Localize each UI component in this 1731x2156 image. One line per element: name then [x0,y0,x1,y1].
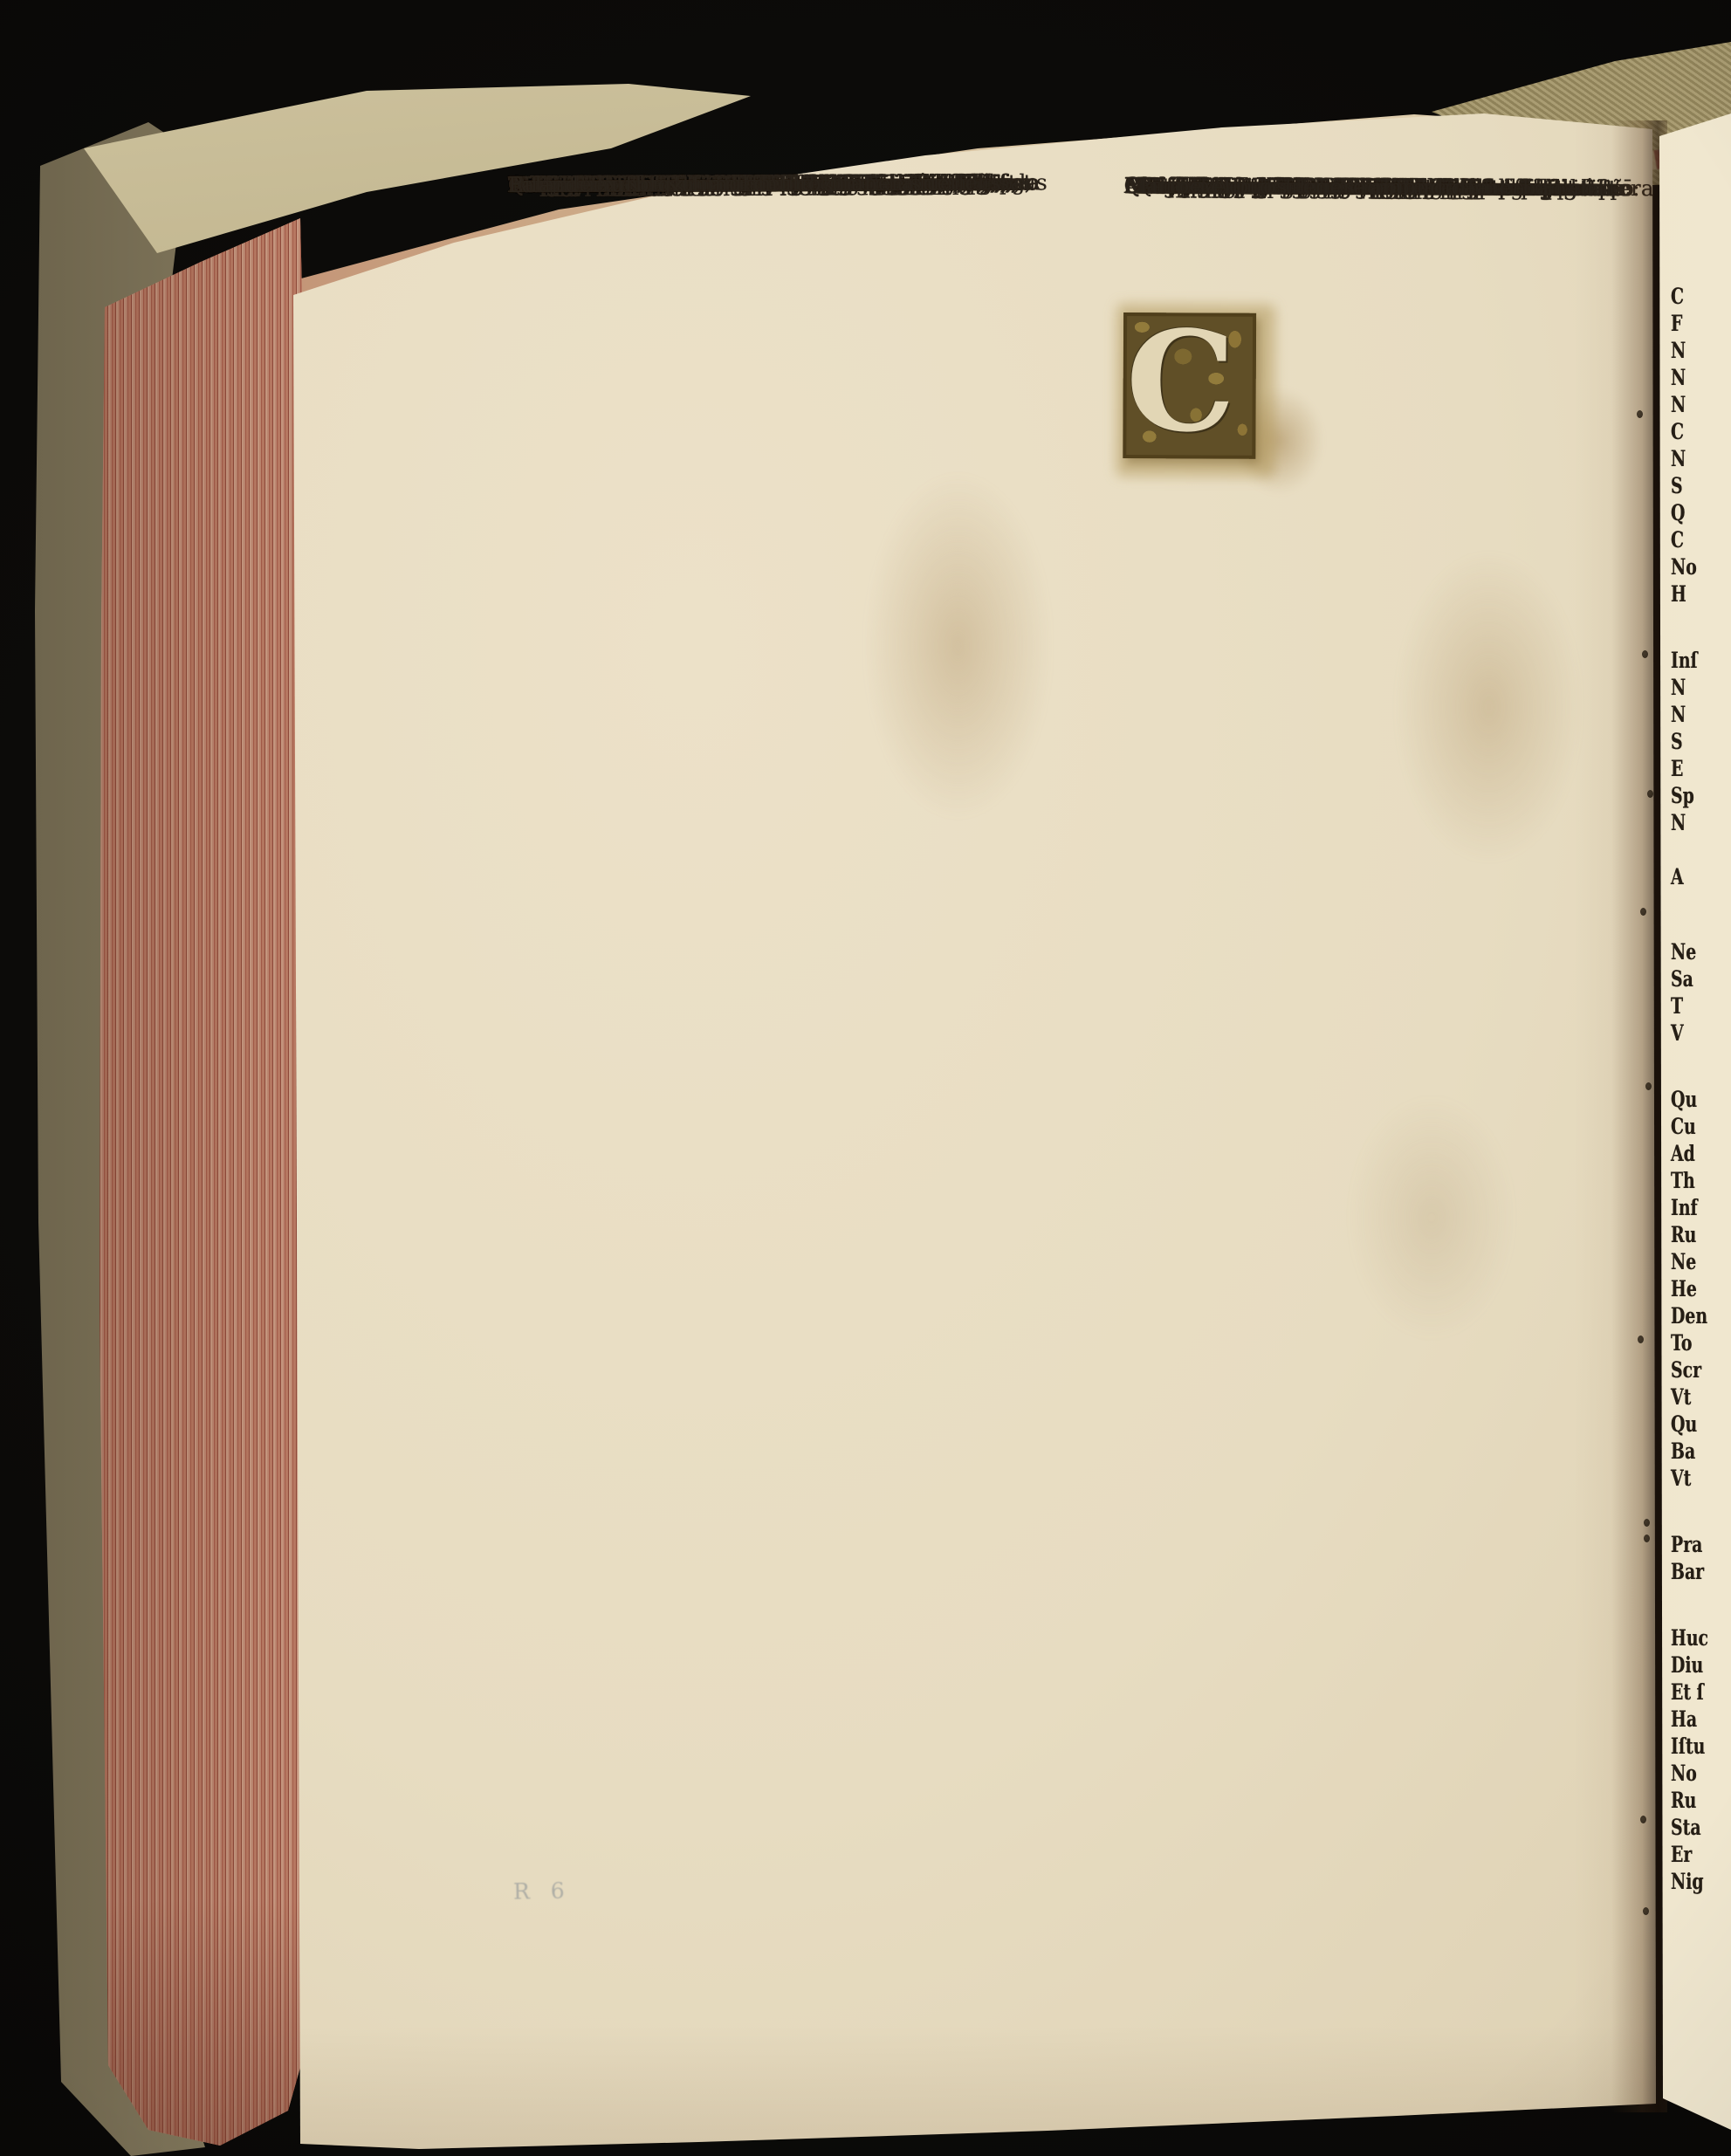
partial-text-line: F [1671,311,1682,337]
illuminated-initial-C: C [1123,312,1256,459]
gutter-shadow [1611,120,1667,2112]
partial-text-line: Th [1671,1168,1695,1194]
partial-text-line: Ne [1671,939,1696,965]
partial-text-line: Er [1671,1842,1692,1868]
partial-text-line: S [1671,473,1683,499]
partial-text-line: Ne [1671,1249,1696,1275]
partial-text-line: Cu [1671,1114,1696,1140]
partial-text-line: N [1671,810,1686,836]
partial-text-line: He [1671,1276,1697,1302]
partial-text-line: T [1671,993,1683,1020]
partial-text-line: Sp [1671,783,1694,809]
partial-text-line: Bar [1671,1559,1704,1585]
partial-text-line: Pra [1671,1532,1702,1558]
partial-text-line: H [1671,581,1686,608]
partial-text-line: Qu [1671,1411,1697,1438]
partial-text-line: No [1671,1761,1697,1787]
partial-text-line: C [1671,284,1684,310]
partial-text-line: N [1671,702,1686,728]
partial-text-line: To [1671,1330,1692,1356]
partial-text-line: C [1671,419,1684,445]
partial-text-line: N [1671,392,1686,418]
partial-text-line: V [1671,1020,1684,1047]
partial-text-line: Den [1671,1303,1707,1329]
text-column-left: Momentumqʒ ſequens cauda timendus adũca.… [508,168,1054,171]
partial-text-line: Vt [1671,1466,1691,1492]
partial-text-line: Q [1671,500,1685,526]
partial-text-line: Ha [1671,1706,1697,1733]
text-line: Euander urbſqʒ ſimul multoʒ funera defle… [508,169,986,199]
partial-text-line: E [1671,756,1683,782]
partial-text-line: Diu [1671,1652,1703,1679]
partial-text-line: Inſ [1671,648,1698,674]
partial-text-line: Sta [1671,1815,1701,1841]
partial-text-line: Inf [1671,1195,1698,1221]
partial-text-line: Ru [1671,1788,1696,1814]
partial-text-line: N [1671,446,1686,472]
book-photograph: Momentumqʒ ſequens cauda timendus adũca.… [0,0,1731,2156]
initial-letter: C [1124,307,1237,454]
partial-text-line: A [1671,864,1684,890]
partial-text-line: S [1671,729,1683,755]
partial-text-line: N [1671,338,1686,364]
partial-text-line: Ba [1671,1438,1695,1465]
signature-mark-showthrough: R 6 [513,1878,572,1904]
partial-text-line: Scr [1671,1357,1701,1384]
partial-text-line: N [1671,675,1686,701]
text-line: Turpe eſt uos legere impudica uerba [1137,172,1549,203]
partial-text-line: Iſtu [1671,1734,1705,1760]
partial-text-line: N [1671,365,1686,391]
partial-text-line: Ru [1671,1222,1696,1248]
partial-text-line: Et ſ [1671,1679,1704,1706]
partial-text-line: Sa [1671,966,1693,992]
partial-text-line: No [1671,554,1697,580]
partial-text-line: Vt [1671,1384,1691,1411]
partial-text-line: Ad [1671,1141,1695,1167]
partial-text-line: Qu [1671,1087,1697,1113]
partial-text-line: Nig [1671,1869,1704,1895]
partial-text-line: Huc [1671,1625,1708,1651]
partial-text-line: C [1671,527,1684,553]
